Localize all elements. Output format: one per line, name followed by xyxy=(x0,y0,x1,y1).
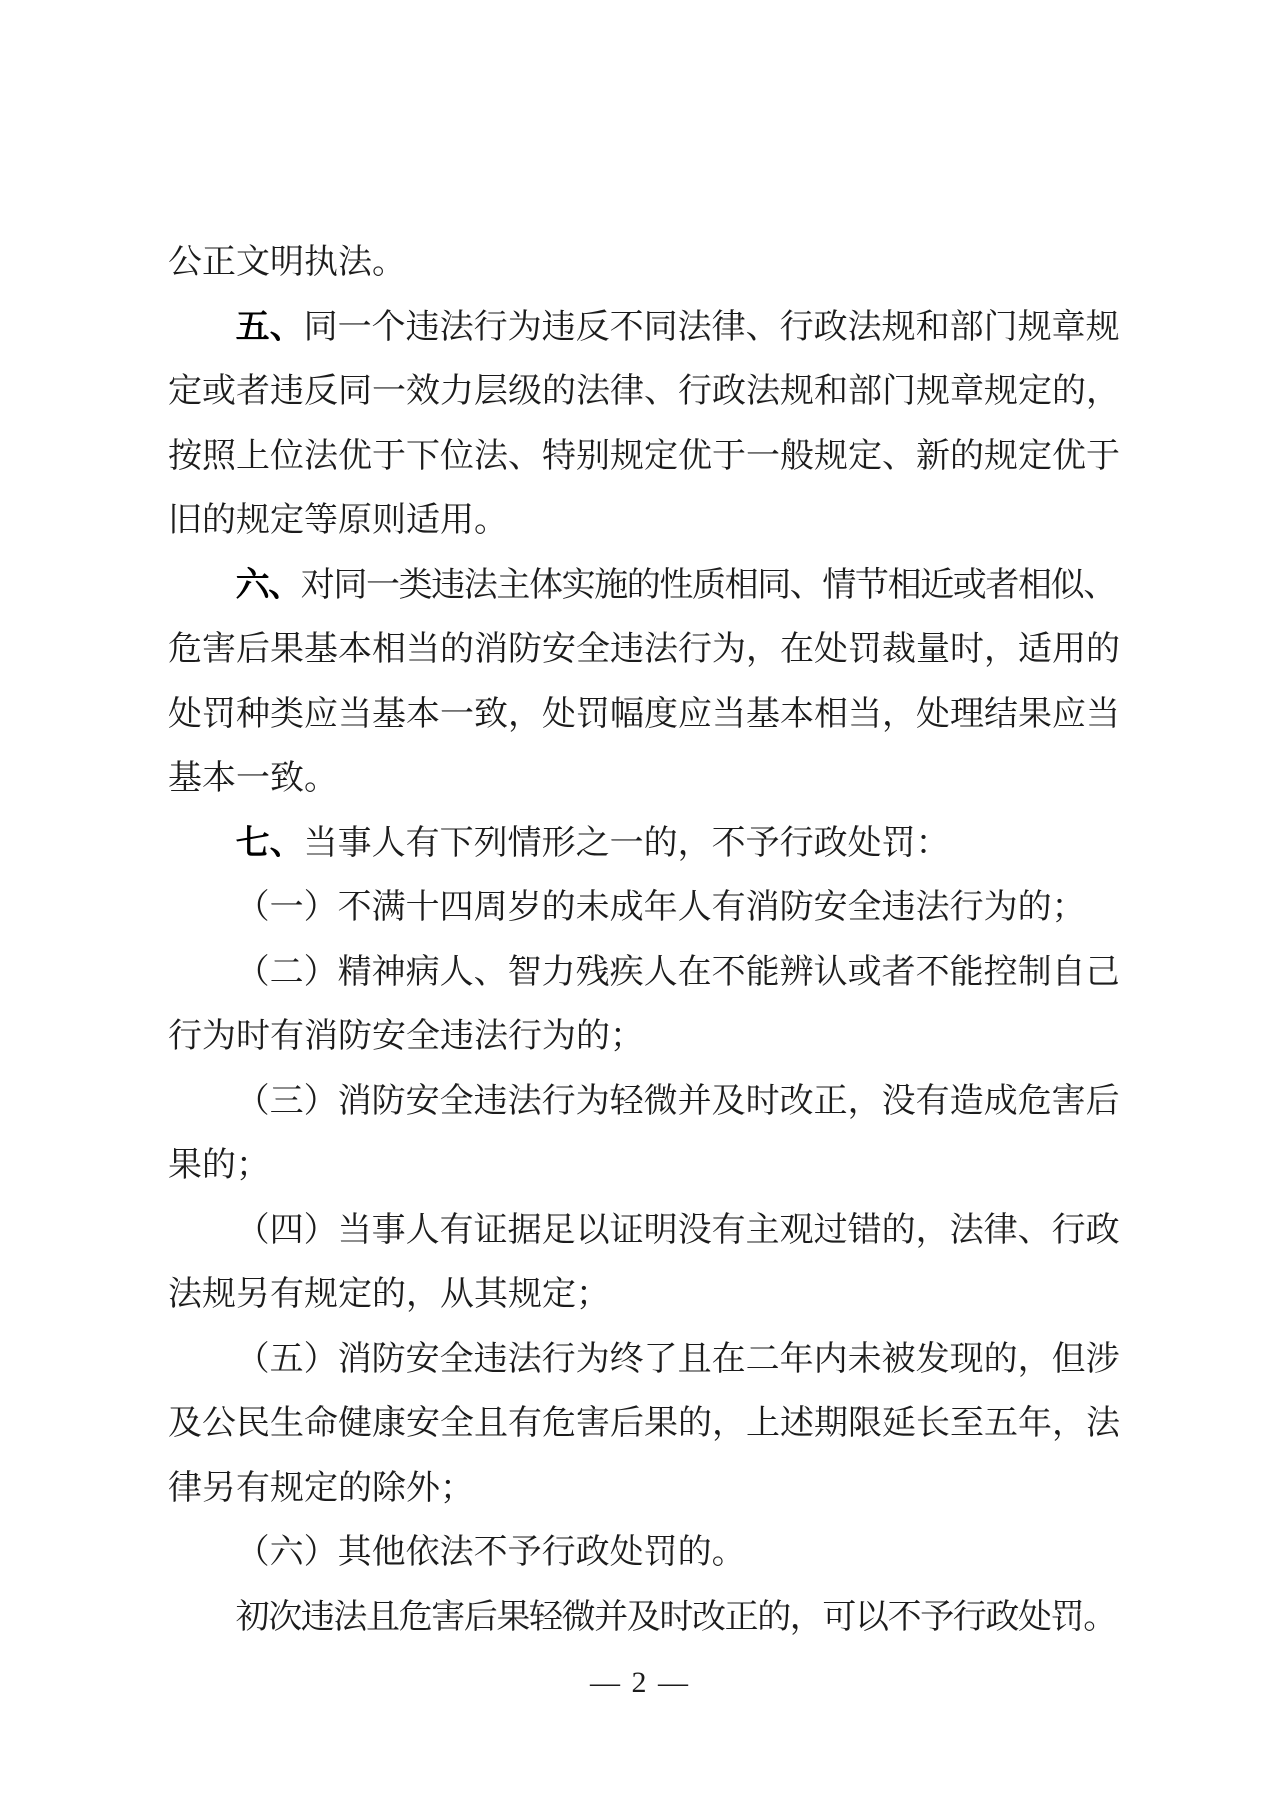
text-run: 行为时有消防安全违法行为的； xyxy=(168,1018,644,1055)
text-line: 法规另有规定的，从其规定； xyxy=(168,1263,1118,1328)
page-number: — 2 — xyxy=(0,1650,1280,1716)
text-run: 律另有规定的除外； xyxy=(168,1470,474,1507)
text-line: 行为时有消防安全违法行为的； xyxy=(168,1005,1118,1070)
text-run: 按照上位法优于下位法、特别规定优于一般规定、新的规定优于 xyxy=(168,438,1120,475)
section-marker: 六、 xyxy=(236,567,301,604)
text-run: （二）精神病人、智力残疾人在不能辨认或者不能控制自己 xyxy=(236,954,1120,991)
text-line: （二）精神病人、智力残疾人在不能辨认或者不能控制自己 xyxy=(168,941,1118,1006)
text-line: 初次违法且危害后果轻微并及时改正的，可以不予行政处罚。 xyxy=(168,1586,1118,1651)
text-line: （三）消防安全违法行为轻微并及时改正，没有造成危害后 xyxy=(168,1070,1118,1135)
text-run: （六）其他依法不予行政处罚的。 xyxy=(236,1534,746,1571)
text-run: 初次违法且危害后果轻微并及时改正的，可以不予行政处罚。 xyxy=(236,1599,1116,1636)
text-line: 公正文明执法。 xyxy=(168,231,1118,296)
section-marker: 五、 xyxy=(236,309,304,346)
text-run: （四）当事人有证据足以证明没有主观过错的，法律、行政 xyxy=(236,1212,1120,1249)
text-run: （三）消防安全违法行为轻微并及时改正，没有造成危害后 xyxy=(236,1083,1120,1120)
document-body: 公正文明执法。五、同一个违法行为违反不同法律、行政法规和部门规章规定或者违反同一… xyxy=(168,231,1118,1650)
document-page: 公正文明执法。五、同一个违法行为违反不同法律、行政法规和部门规章规定或者违反同一… xyxy=(0,0,1280,1810)
text-line: （一）不满十四周岁的未成年人有消防安全违法行为的； xyxy=(168,876,1118,941)
text-run: 果的； xyxy=(168,1147,270,1184)
text-run: 处罚种类应当基本一致，处罚幅度应当基本相当，处理结果应当 xyxy=(168,696,1120,733)
text-line: 律另有规定的除外； xyxy=(168,1457,1118,1522)
text-line: 定或者违反同一效力层级的法律、行政法规和部门规章规定的， xyxy=(168,360,1118,425)
text-line: 七、当事人有下列情形之一的，不予行政处罚： xyxy=(168,812,1118,877)
text-line: （四）当事人有证据足以证明没有主观过错的，法律、行政 xyxy=(168,1199,1118,1264)
text-run: 定或者违反同一效力层级的法律、行政法规和部门规章规定的， xyxy=(168,373,1120,410)
text-line: 按照上位法优于下位法、特别规定优于一般规定、新的规定优于 xyxy=(168,425,1118,490)
text-line: （五）消防安全违法行为终了且在二年内未被发现的，但涉 xyxy=(168,1328,1118,1393)
text-line: 果的； xyxy=(168,1134,1118,1199)
text-run: 法规另有规定的，从其规定； xyxy=(168,1276,610,1313)
text-line: 五、同一个违法行为违反不同法律、行政法规和部门规章规 xyxy=(168,296,1118,361)
text-run: 旧的规定等原则适用。 xyxy=(168,502,508,539)
section-marker: 七、 xyxy=(236,825,304,862)
text-line: 旧的规定等原则适用。 xyxy=(168,489,1118,554)
text-run: 同一个违法行为违反不同法律、行政法规和部门规章规 xyxy=(304,309,1120,346)
text-line: 及公民生命健康安全且有危害后果的，上述期限延长至五年，法 xyxy=(168,1392,1118,1457)
text-run: 公正文明执法。 xyxy=(168,244,406,281)
text-line: 六、对同一类违法主体实施的性质相同、情节相近或者相似、 xyxy=(168,554,1118,619)
text-run: 及公民生命健康安全且有危害后果的，上述期限延长至五年，法 xyxy=(168,1405,1120,1442)
text-run: （一）不满十四周岁的未成年人有消防安全违法行为的； xyxy=(236,889,1086,926)
text-line: （六）其他依法不予行政处罚的。 xyxy=(168,1521,1118,1586)
text-run: 基本一致。 xyxy=(168,760,338,797)
text-run: （五）消防安全违法行为终了且在二年内未被发现的，但涉 xyxy=(236,1341,1120,1378)
text-line: 基本一致。 xyxy=(168,747,1118,812)
text-line: 危害后果基本相当的消防安全违法行为，在处罚裁量时，适用的 xyxy=(168,618,1118,683)
text-run: 对同一类违法主体实施的性质相同、情节相近或者相似、 xyxy=(301,567,1116,604)
text-run: 当事人有下列情形之一的，不予行政处罚： xyxy=(304,825,950,862)
text-run: 危害后果基本相当的消防安全违法行为，在处罚裁量时，适用的 xyxy=(168,631,1120,668)
text-line: 处罚种类应当基本一致，处罚幅度应当基本相当，处理结果应当 xyxy=(168,683,1118,748)
